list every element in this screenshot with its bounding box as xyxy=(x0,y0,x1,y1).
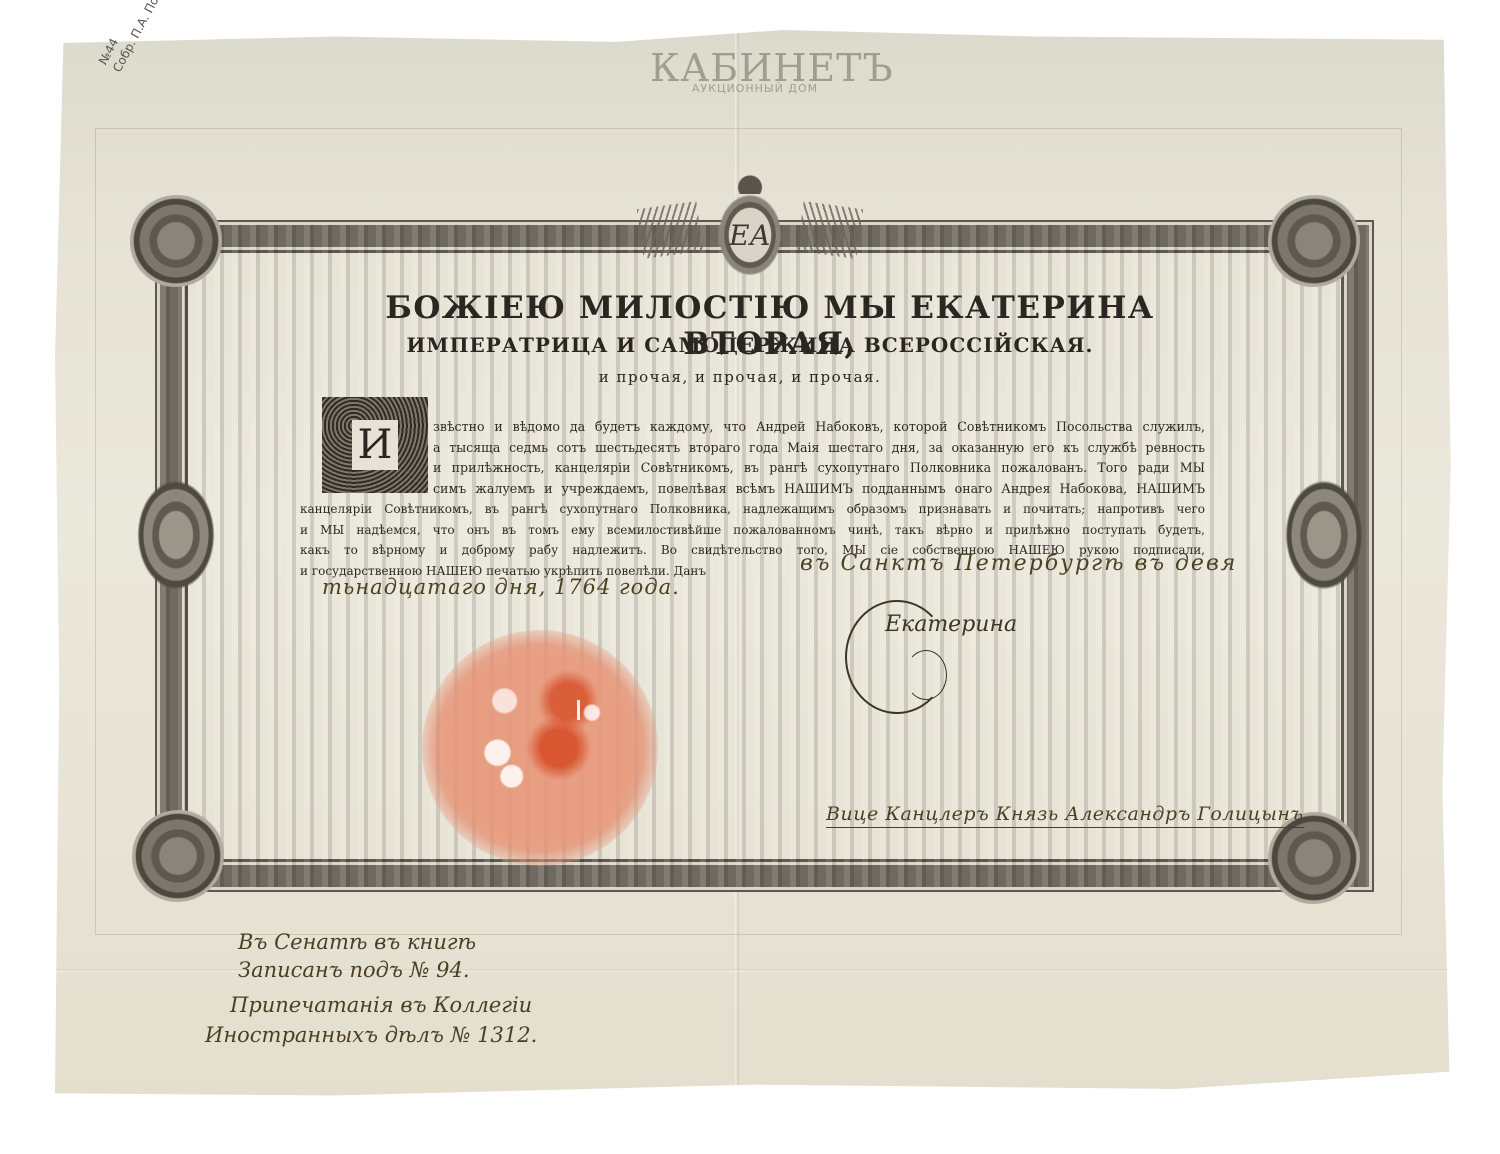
imperial-crown-icon xyxy=(736,172,764,194)
body-line: канцеляріи Совѣтникомъ, въ рангѣ сухопут… xyxy=(300,499,1205,520)
registry-line-3: Припечатанія въ Коллегіи xyxy=(205,990,537,1020)
monogram: ЕА xyxy=(718,194,782,276)
auction-watermark: КАБИНЕТЪ АУКЦИОННЫЙ ДОМ xyxy=(650,48,860,95)
senate-registry-note: Въ Сенатѣ въ книгѣ Записанъ подъ № 94. xyxy=(238,928,476,984)
wax-seal xyxy=(422,630,658,866)
body-line: симъ жалуемъ и учреждаемъ, повелѣвая всѣ… xyxy=(300,479,1205,500)
scales-emblem-right-icon xyxy=(1285,480,1363,590)
acanthus-leaf-left-icon xyxy=(637,201,703,259)
handwritten-date-year: тьнадцатаго дня, 1764 года. xyxy=(322,575,680,599)
body-line: а тысяща седмь сотъ шестьдесятъ втораго … xyxy=(300,438,1205,459)
registry-line-2: Записанъ подъ № 94. xyxy=(238,956,476,984)
title-line-2: ИМПЕРАТРИЦА И САМОДЕРЖИЦА ВСЕРОССІЙСКАЯ. xyxy=(300,333,1200,357)
seal-slit xyxy=(577,700,580,720)
body-line: и прилѣжность, канцеляріи Совѣтникомъ, в… xyxy=(300,458,1205,479)
crowned-cartouche: ЕА xyxy=(700,172,800,282)
empress-signature: Екатерина xyxy=(835,590,1075,720)
acanthus-leaf-right-icon xyxy=(797,201,863,259)
signature-curl-icon xyxy=(905,650,947,700)
corner-medallion-bottom-left-icon xyxy=(132,810,224,902)
corner-medallion-top-right-icon xyxy=(1268,195,1360,287)
college-registry-note: Припечатанія въ Коллегіи Иностранныхъ дѣ… xyxy=(205,990,537,1050)
body-line: и МЫ надѣемся, что онъ въ томъ ему всеми… xyxy=(300,520,1205,541)
scales-emblem-left-icon xyxy=(137,480,215,590)
signature-text: Екатерина xyxy=(885,612,1017,637)
body-line: звѣстно и вѣдомо да будетъ каждому, что … xyxy=(300,417,1205,438)
title-line-3: и прочая, и прочая, и прочая. xyxy=(300,368,1180,386)
registry-line-4: Иностранныхъ дѣлъ № 1312. xyxy=(205,1020,537,1050)
corner-medallion-top-left-icon xyxy=(130,195,222,287)
handwritten-place-date: въ Санктъ Петербургѣ въ девя xyxy=(800,551,1237,576)
countersignature: Вице Канцлеръ Князь Александръ Голицынъ xyxy=(826,803,1304,828)
registry-line-1: Въ Сенатѣ въ книгѣ xyxy=(238,928,476,956)
